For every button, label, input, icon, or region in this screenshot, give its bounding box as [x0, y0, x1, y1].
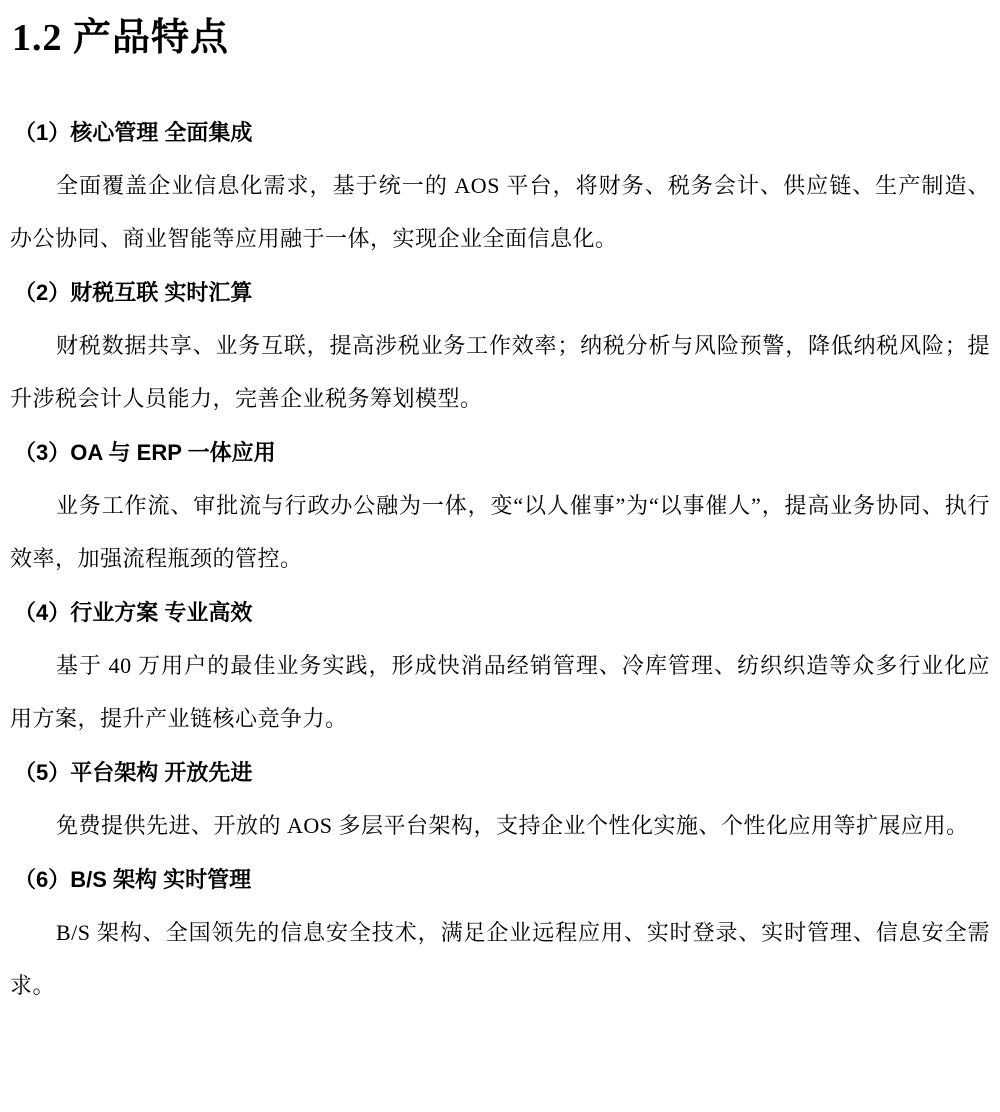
- feature-section-1: （1）核心管理 全面集成 全面覆盖企业信息化需求，基于统一的 AOS 平台，将财…: [10, 106, 990, 265]
- feature-paragraph-3: 业务工作流、审批流与行政办公融为一体，变“以人催事”为“以事催人”，提高业务协同…: [10, 479, 990, 585]
- feature-heading-1: （1）核心管理 全面集成: [14, 106, 990, 159]
- feature-section-5: （5）平台架构 开放先进 免费提供先进、开放的 AOS 多层平台架构，支持企业个…: [10, 746, 990, 852]
- feature-heading-6: （6）B/S 架构 实时管理: [14, 853, 990, 906]
- feature-paragraph-5: 免费提供先进、开放的 AOS 多层平台架构，支持企业个性化实施、个性化应用等扩展…: [10, 799, 990, 852]
- page-title: 1.2 产品特点: [12, 10, 990, 66]
- feature-heading-2: （2）财税互联 实时汇算: [14, 266, 990, 319]
- feature-section-2: （2）财税互联 实时汇算 财税数据共享、业务互联，提高涉税业务工作效率；纳税分析…: [10, 266, 990, 425]
- document-page: 1.2 产品特点 （1）核心管理 全面集成 全面覆盖企业信息化需求，基于统一的 …: [0, 0, 1000, 1112]
- feature-heading-5: （5）平台架构 开放先进: [14, 746, 990, 799]
- feature-section-4: （4）行业方案 专业高效 基于 40 万用户的最佳业务实践，形成快消品经销管理、…: [10, 586, 990, 745]
- feature-heading-3: （3）OA 与 ERP 一体应用: [14, 426, 990, 479]
- feature-paragraph-2: 财税数据共享、业务互联，提高涉税业务工作效率；纳税分析与风险预警，降低纳税风险；…: [10, 319, 990, 425]
- feature-heading-4: （4）行业方案 专业高效: [14, 586, 990, 639]
- feature-paragraph-1: 全面覆盖企业信息化需求，基于统一的 AOS 平台，将财务、税务会计、供应链、生产…: [10, 159, 990, 265]
- feature-section-6: （6）B/S 架构 实时管理 B/S 架构、全国领先的信息安全技术，满足企业远程…: [10, 853, 990, 1012]
- feature-paragraph-4: 基于 40 万用户的最佳业务实践，形成快消品经销管理、冷库管理、纺织织造等众多行…: [10, 639, 990, 745]
- feature-section-3: （3）OA 与 ERP 一体应用 业务工作流、审批流与行政办公融为一体，变“以人…: [10, 426, 990, 585]
- feature-paragraph-6: B/S 架构、全国领先的信息安全技术，满足企业远程应用、实时登录、实时管理、信息…: [10, 906, 990, 1012]
